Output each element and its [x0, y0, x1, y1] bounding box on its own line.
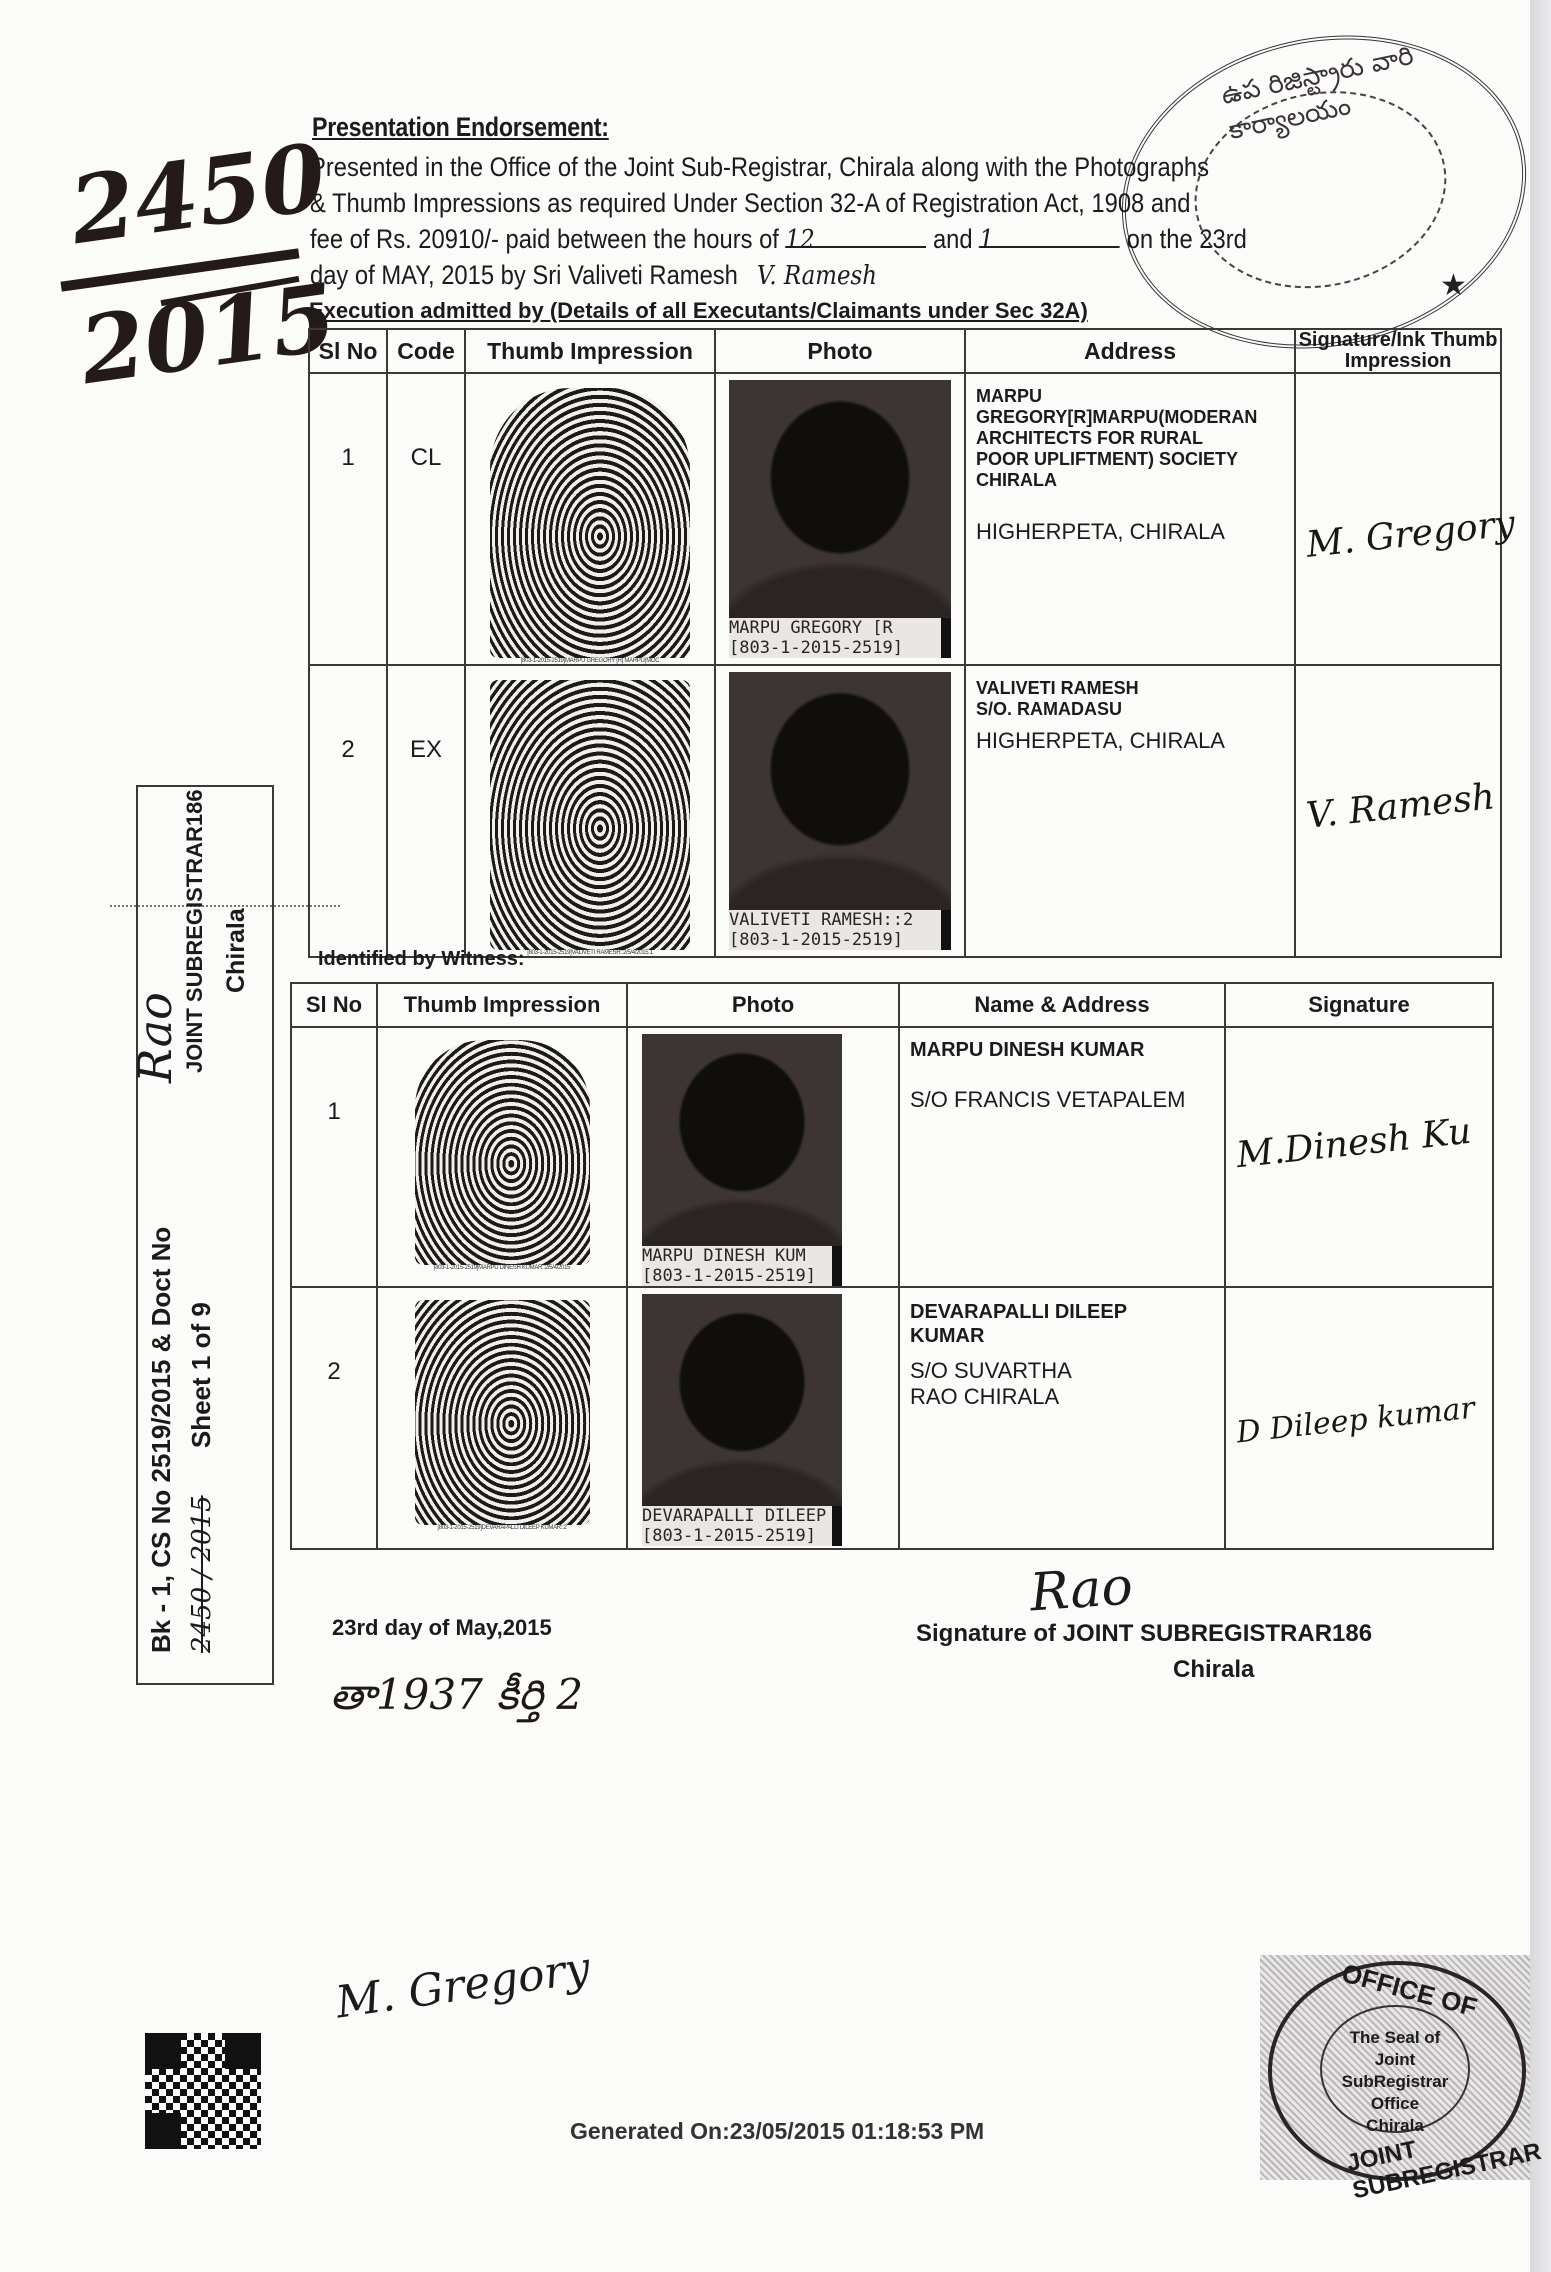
hw-number-value: 2450 — [64, 123, 333, 266]
witness-name: MARPU DINESH KUMAR — [910, 1040, 1214, 1061]
name-line: MARPU — [976, 386, 1284, 407]
fee-text: fee of Rs. 20910/- paid between the hour… — [310, 224, 779, 254]
handwritten-signature: V. Ramesh — [1304, 776, 1496, 837]
name-address-cell: MARPU DINESH KUMAR S/O FRANCIS VETAPALEM — [899, 1027, 1225, 1287]
col-name-address: Name & Address — [899, 983, 1225, 1027]
endorsement-line-2: & Thumb Impressions as required Under Se… — [310, 188, 1190, 219]
witness-address: S/O SUVARTHA RAO CHIRALA — [910, 1358, 1110, 1410]
col-address: Address — [965, 329, 1295, 373]
col-thumb: Thumb Impression — [465, 329, 715, 373]
doc-sheet-line: 2450 / 2015 Sheet 1 of 9 — [186, 1302, 217, 1653]
address-cell: VALIVETI RAMESH S/O. RAMADASU HIGHERPETA… — [965, 665, 1295, 957]
thumb-cell: [803-1-2015-2519]MARPU DINESH KUMAR::2/5… — [377, 1027, 627, 1287]
seal-line: Office — [1320, 2093, 1470, 2115]
office-seal-stamp: OFFICE OF The Seal of Joint SubRegistrar… — [1260, 1955, 1530, 2180]
registrar-title: JOINT SUBREGISTRAR186 — [182, 789, 208, 1073]
address-cell: MARPU GREGORY[R]MARPU(MODERAN ARCHITECTS… — [965, 373, 1295, 665]
sl-no: 2 — [291, 1287, 377, 1549]
name-line: GREGORY[R]MARPU(MODERAN — [976, 407, 1284, 428]
witness-name: DEVARAPALLI DILEEP KUMAR — [910, 1300, 1214, 1348]
registrar-side-signature: Rao — [128, 992, 182, 1083]
footer-date: 23rd day of May,2015 — [332, 1615, 552, 1641]
signature-cell: M.Dinesh Ku — [1225, 1027, 1493, 1287]
date-text: on the 23rd — [1127, 224, 1247, 254]
table-row: 1 CL [803-1-2015-2519]MARPU GREGORY [R] … — [309, 373, 1501, 665]
executants-table: Execution admitted by (Details of all Ex… — [308, 298, 1502, 958]
photo-label-id: [803-1-2015-2519] — [729, 638, 941, 658]
executants-caption: Execution admitted by (Details of all Ex… — [309, 298, 1501, 329]
signature-cell: D Dileep kumar — [1225, 1287, 1493, 1549]
executants-header-row: Sl No Code Thumb Impression Photo Addres… — [309, 329, 1501, 373]
witnesses-header-row: Sl No Thumb Impression Photo Name & Addr… — [291, 983, 1493, 1027]
endorsement-title: Presentation Endorsement: — [312, 112, 609, 143]
col-sl-no: Sl No — [309, 329, 387, 373]
signature-city: Chirala — [1173, 1656, 1254, 1684]
photo-label: DEVARAPALLI DILEEP [803-1-2015-2519] — [642, 1506, 842, 1546]
col-signature: Signature — [1225, 983, 1493, 1027]
photo-label-name: MARPU GREGORY [R — [729, 618, 941, 638]
hour-from-hw: 12 — [786, 225, 815, 255]
photo-label: MARPU DINESH KUM [803-1-2015-2519] — [642, 1246, 842, 1286]
party-code: EX — [387, 665, 465, 957]
thumb-caption: [803-1-2015-2519]MARPU DINESH KUMAR::2/5… — [378, 1265, 626, 1271]
photo-label-name: MARPU DINESH KUM — [642, 1246, 832, 1266]
photo-label: MARPU GREGORY [R [803-1-2015-2519] — [729, 618, 951, 658]
handwritten-signature: M.Dinesh Ku — [1235, 1111, 1474, 1176]
photo-label-id: [803-1-2015-2519] — [729, 930, 941, 950]
registrar-signature: Rao — [1028, 1556, 1135, 1623]
fingerprint-image — [490, 680, 690, 950]
fingerprint-image — [415, 1300, 590, 1525]
signature-label: Signature of JOINT SUBREGISTRAR186 — [916, 1620, 1372, 1648]
hour-to-hw: 1 — [979, 225, 994, 255]
signature-cell: M. Gregory — [1295, 373, 1501, 665]
name-address-cell: DEVARAPALLI DILEEP KUMAR S/O SUVARTHA RA… — [899, 1287, 1225, 1549]
and-text: and — [933, 224, 973, 254]
thumb-cell: [803-1-2015-2519]MARPU GREGORY [R] MARPU… — [465, 373, 715, 665]
hw-doc-number: 2450 / 2015 — [187, 1495, 217, 1653]
registrar-city: Chirala — [222, 908, 251, 993]
address-place: HIGHERPETA, CHIRALA — [976, 728, 1284, 754]
seal-line: Joint SubRegistrar — [1320, 2049, 1470, 2093]
handwritten-signature: D Dileep kumar — [1235, 1391, 1477, 1451]
address-name: VALIVETI RAMESH S/O. RAMADASU — [976, 678, 1284, 720]
photo-cell: MARPU GREGORY [R [803-1-2015-2519] — [715, 373, 965, 665]
name-line: DEVARAPALLI DILEEP — [910, 1300, 1214, 1324]
qr-code-icon — [142, 2030, 264, 2152]
sl-no: 1 — [309, 373, 387, 665]
signature-cell: V. Ramesh — [1295, 665, 1501, 957]
witness-caption: Identified by Witness: — [318, 948, 525, 971]
photo-cell: DEVARAPALLI DILEEP [803-1-2015-2519] — [627, 1287, 899, 1549]
name-line: VALIVETI RAMESH — [976, 678, 1284, 699]
photo-cell: VALIVETI RAMESH::2 [803-1-2015-2519] — [715, 665, 965, 957]
side-panel-rotated: Bk - 1, CS No 2519/2015 & Doct No 2450 /… — [138, 787, 272, 1683]
photo-label-name: VALIVETI RAMESH::2 — [729, 910, 941, 930]
col-signature: Signature/Ink Thumb Impression — [1295, 329, 1501, 373]
thumb-cell: [803-1-2015-2519]VALIVETI RAMESH::2/5/4/… — [465, 665, 715, 957]
fingerprint-image — [415, 1040, 590, 1265]
name-line: ARCHITECTS FOR RURAL — [976, 428, 1284, 449]
thumb-caption: [803-1-2015-2519]DEVARAPALLI DILEEP KUMA… — [378, 1525, 626, 1531]
telugu-handwritten-note: తా1937 కీర్తి 2 — [330, 1670, 583, 1730]
person-photo: VALIVETI RAMESH::2 [803-1-2015-2519] — [729, 672, 951, 950]
endorsement-line-1: Presented in the Office of the Joint Sub… — [310, 152, 1209, 183]
photo-label-id: [803-1-2015-2519] — [642, 1526, 832, 1546]
table-row: 2 EX [803-1-2015-2519]VALIVETI RAMESH::2… — [309, 665, 1501, 957]
fingerprint-image — [490, 388, 690, 658]
presenter-text: day of MAY, 2015 by Sri Valiveti Ramesh — [310, 260, 738, 290]
person-photo: MARPU GREGORY [R [803-1-2015-2519] — [729, 380, 951, 658]
photo-label: VALIVETI RAMESH::2 [803-1-2015-2519] — [729, 910, 951, 950]
sl-no: 2 — [309, 665, 387, 957]
name-line: CHIRALA — [976, 470, 1284, 491]
photo-label-name: DEVARAPALLI DILEEP — [642, 1506, 832, 1526]
name-line: S/O. RAMADASU — [976, 699, 1284, 720]
registration-side-panel: Bk - 1, CS No 2519/2015 & Doct No 2450 /… — [136, 785, 274, 1685]
handwritten-document-number: 2450 2015 — [50, 120, 300, 380]
sl-no: 1 — [291, 1027, 377, 1287]
col-code: Code — [387, 329, 465, 373]
witnesses-table: Sl No Thumb Impression Photo Name & Addr… — [290, 982, 1494, 1550]
presenter-signature: V. Ramesh — [757, 261, 877, 291]
person-photo: MARPU DINESH KUM [803-1-2015-2519] — [642, 1034, 842, 1286]
page-edge-bleed — [1530, 0, 1551, 2272]
hour-to-blank: 1 — [979, 224, 1120, 248]
col-sl-no: Sl No — [291, 983, 377, 1027]
address-place: HIGHERPETA, CHIRALA — [976, 519, 1284, 545]
thumb-cell: [803-1-2015-2519]DEVARAPALLI DILEEP KUMA… — [377, 1287, 627, 1549]
seal-line: The Seal of — [1320, 2027, 1470, 2049]
table-row: 1 [803-1-2015-2519]MARPU DINESH KUMAR::2… — [291, 1027, 1493, 1287]
photo-label-id: [803-1-2015-2519] — [642, 1266, 832, 1286]
photo-cell: MARPU DINESH KUM [803-1-2015-2519] — [627, 1027, 899, 1287]
endorsement-line-3: fee of Rs. 20910/- paid between the hour… — [310, 224, 1247, 255]
table-row: 2 [803-1-2015-2519]DEVARAPALLI DILEEP KU… — [291, 1287, 1493, 1549]
person-photo: DEVARAPALLI DILEEP [803-1-2015-2519] — [642, 1294, 842, 1546]
handwritten-signature: M. Gregory — [1304, 503, 1516, 566]
book-cs-number: Bk - 1, CS No 2519/2015 & Doct No — [146, 1227, 177, 1653]
generated-timestamp: Generated On:23/05/2015 01:18:53 PM — [570, 2118, 984, 2145]
endorsement-line-4: day of MAY, 2015 by Sri Valiveti Ramesh … — [310, 260, 877, 291]
name-line: POOR UPLIFTMENT) SOCIETY — [976, 449, 1284, 470]
col-thumb: Thumb Impression — [377, 983, 627, 1027]
seal-inner-text: The Seal of Joint SubRegistrar Office Ch… — [1320, 2027, 1470, 2137]
address-name: MARPU GREGORY[R]MARPU(MODERAN ARCHITECTS… — [976, 386, 1284, 491]
sheet-number: Sheet 1 of 9 — [186, 1302, 216, 1448]
col-photo: Photo — [715, 329, 965, 373]
party-code: CL — [387, 373, 465, 665]
thumb-caption: [803-1-2015-2519]MARPU GREGORY [R] MARPU… — [466, 658, 714, 664]
col-photo: Photo — [627, 983, 899, 1027]
hour-from-blank: 12 — [786, 224, 927, 248]
witness-address: S/O FRANCIS VETAPALEM — [910, 1087, 1214, 1113]
name-line: KUMAR — [910, 1324, 1214, 1348]
